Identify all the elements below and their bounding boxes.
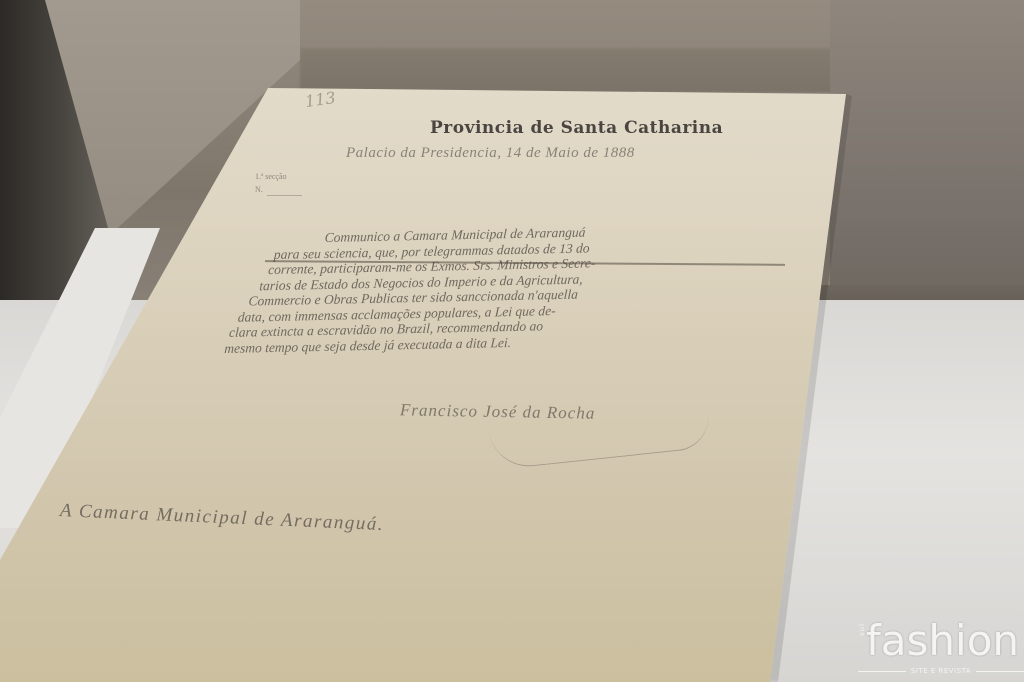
signature: Francisco José da Rocha	[400, 400, 596, 423]
watermark-prefix: sul	[858, 623, 866, 636]
watermark-brand: fashion	[866, 616, 1019, 665]
section-block: 1.ª secção N.	[255, 170, 302, 196]
number-rule	[267, 195, 302, 196]
letter-dateline: Palacio da Presidencia, 14 de Maio de 18…	[346, 145, 635, 162]
number-label: N.	[255, 185, 263, 194]
watermark-rule-left	[858, 671, 906, 672]
number-field: N.	[255, 183, 302, 196]
letterhead-title: Provincia de Santa Catharina	[430, 118, 723, 138]
watermark-rule-right	[976, 671, 1024, 672]
letter-body: Communico a Camara Municipal de Ararangu…	[224, 220, 821, 356]
section-label: 1.ª secção	[255, 170, 302, 183]
display-case-right-glass	[830, 0, 1024, 318]
watermark-tagline-row: SITE E REVISTA	[858, 667, 1024, 675]
watermark-logo: sul fashion SITE E REVISTA	[858, 622, 1024, 682]
watermark-tagline: SITE E REVISTA	[911, 667, 971, 675]
museum-display-scene: 113 Provincia de Santa Catharina Palacio…	[0, 0, 1024, 682]
display-case-back-shelf	[300, 48, 860, 92]
